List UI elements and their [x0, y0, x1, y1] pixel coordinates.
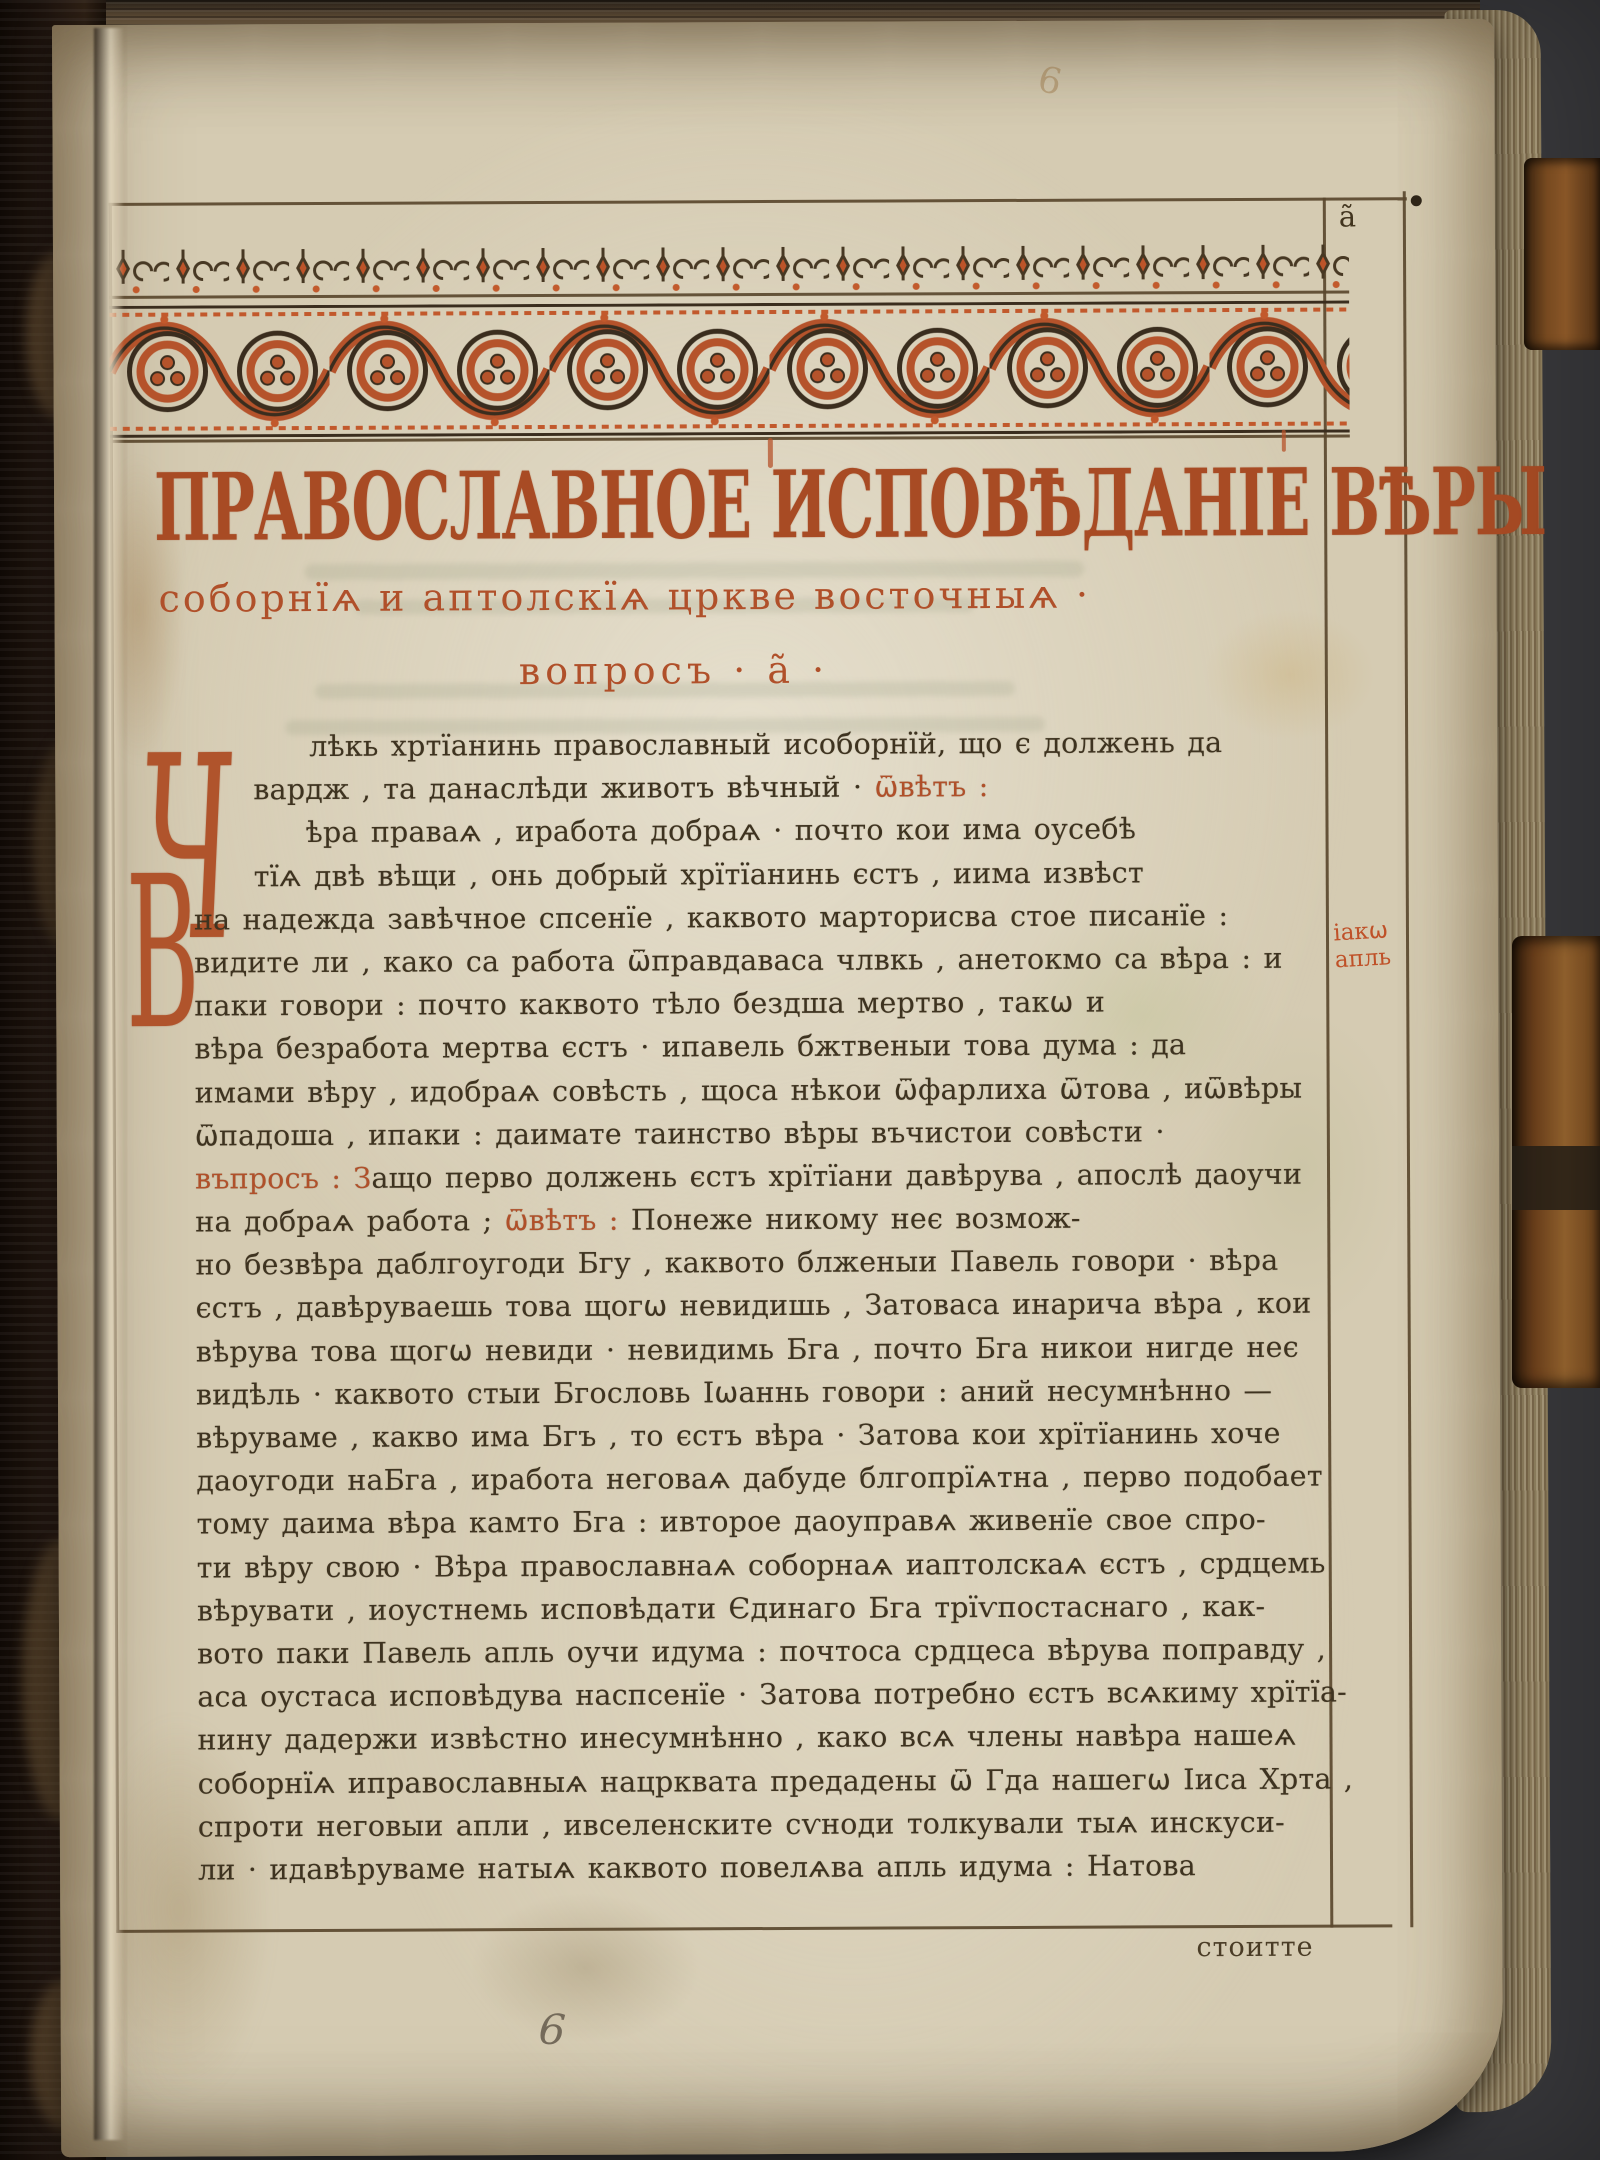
body-line: спроти неговыи апли , ивселенските сѵнод… [198, 1805, 1338, 1853]
body-line: въпросъ : Защо перво должень єстъ хрїтїа… [195, 1157, 1335, 1205]
manuscript-photo: ПРАВОСЛАВНОЕ ИСПОВѢДАНІЕ ВѢРЫ соборнїѧ и… [0, 0, 1600, 2160]
body-text-segment: лѣкь хртїанинь православный исоборнїй, щ… [309, 726, 1222, 763]
body-text-segment: паки говори : почто каквото тѣло бездша … [194, 986, 1105, 1023]
body-text-segment: вото паки Павель апль оучи идума : почто… [197, 1633, 1326, 1671]
title-vyaz: ПРАВОСЛАВНОЕ ИСПОВѢДАНІЕ ВѢРЫ [154, 449, 1364, 563]
body-text-segment: соборнїѧ иправославныѧ нацрквата предаде… [198, 1762, 1354, 1800]
body-line: аса оустаса исповѣдува наспсенїе · Затов… [197, 1676, 1337, 1724]
rubric-text: въпросъ : [195, 1162, 354, 1196]
body-line: на надежда завѣчное спсенїе , каквото ма… [194, 898, 1334, 946]
body-line: видѣль · каквото стыи Бгословь Іѡаннь го… [196, 1373, 1336, 1421]
body-text-segment: нину дадержи извѣстно инесумнѣнно , како… [197, 1719, 1296, 1757]
body-text-segment: видите ли , како са работа ѿправдаваса ч… [194, 942, 1283, 980]
rubric-text: З [353, 1162, 371, 1195]
body-line: ти вѣру свою · Вѣра православнаѧ соборна… [197, 1546, 1337, 1594]
rubric-text: ѿвѣтъ : [874, 770, 988, 803]
body-text-segment: тому даима вѣра камто Бга : ивторое даоу… [196, 1503, 1265, 1541]
ink-dot [1411, 195, 1422, 206]
leather-strap-top [1524, 158, 1600, 350]
body-text-segment: вардж , та данаслѣди животъ вѣчный · [253, 771, 874, 807]
body-text-segment: на надежда завѣчное спсенїе , каквото ма… [194, 899, 1228, 937]
body-line: ѿпадоша , ипаки : даимате таинство вѣры … [195, 1114, 1335, 1162]
body-text-segment: єстъ , давѣруваешь това щогѡ невидишь , … [196, 1287, 1312, 1325]
manuscript-page: ПРАВОСЛАВНОЕ ИСПОВѢДАНІЕ ВѢРЫ соборнїѧ и… [52, 19, 1503, 2157]
margin-note: іакѡ апль [1333, 914, 1446, 974]
body-line: вѣрувати , иоустнемь исповѣдати Єдинаго … [197, 1589, 1337, 1637]
body-text-segment: вѣрувати , иоустнемь исповѣдати Єдинаго … [197, 1590, 1266, 1628]
body-line: но безвѣра даблгоугоди Бгу , каквото блж… [195, 1244, 1335, 1292]
body-line: вѣра безработа мертва єстъ · ипавель бжт… [194, 1028, 1334, 1076]
page-gutter-curve [94, 28, 124, 2140]
body-text-segment: ли · идавѣруваме натыѧ каквото повелѧва … [198, 1849, 1196, 1886]
body-line: соборнїѧ иправославныѧ нацрквата предаде… [198, 1762, 1338, 1810]
body-line: вѣруваме , какво има Бгъ , то єстъ вѣра … [196, 1417, 1336, 1465]
body-text-segment: ѣра праваѧ , иработа добраѧ · почто кои … [305, 813, 1136, 850]
body-text-segment: вѣруваме , какво има Бгъ , то єстъ вѣра … [196, 1417, 1281, 1455]
body-line: лѣкь хртїанинь православный исоборнїй, щ… [193, 726, 1333, 774]
body-text-segment: имами вѣру , идобраѧ совѣсть , щоса нѣко… [195, 1071, 1303, 1109]
body-text-segment: ѿпадоша , ипаки : даимате таинство вѣры … [195, 1115, 1165, 1152]
fleur-frieze-ornament [109, 240, 1349, 295]
body-line: вѣрува това щогѡ невиди · невидимь Бга ,… [196, 1330, 1336, 1378]
body-line: вото паки Павель апль оучи идума : почто… [197, 1632, 1337, 1680]
title-subtitle: соборнїѧ и аптолскїѧ цркве восточныѧ · [158, 573, 1091, 621]
body-text-segment: вѣрува това щогѡ невиди · невидимь Бга ,… [196, 1330, 1299, 1368]
decorated-initial-v: В [126, 831, 201, 1077]
body-text-segment: даоугоди наБга , иработа неговаѧ дабуде … [196, 1460, 1323, 1498]
body-line: нину дадержи извѣстно инесумнѣнно , како… [197, 1719, 1337, 1767]
body-line: на добраѧ работа ; ѿвѣтъ : Понеже никому… [195, 1201, 1335, 1249]
body-line: видите ли , како са работа ѿправдаваса ч… [194, 941, 1334, 989]
body-line: даоугоди наБга , иработа неговаѧ дабуде … [196, 1460, 1336, 1508]
body-line: єстъ , давѣруваешь това щогѡ невидишь , … [196, 1287, 1336, 1335]
body-text-segment: тїѧ двѣ вѣщи , онь добрый хрїтїанинь єст… [254, 856, 1144, 893]
rubric-text: ѿвѣтъ : [505, 1204, 619, 1237]
body-text-segment: Понеже никому неє возмож- [619, 1202, 1081, 1237]
body-text-segment: вѣра безработа мертва єстъ · ипавель бжт… [194, 1029, 1186, 1066]
body-text-segment: на добраѧ работа ; [195, 1204, 505, 1238]
body-line: паки говори : почто каквото тѣло бездша … [194, 985, 1334, 1033]
body-line: ли · идавѣруваме натыѧ каквото повелѧва … [198, 1848, 1338, 1896]
folio-number: а̃ [1339, 199, 1356, 233]
leather-strap-gap [1512, 1146, 1600, 1210]
scroll-headpiece-ornament [109, 300, 1350, 437]
catchword: стоитте [1196, 1932, 1313, 1964]
pencil-page-number-bottom: 6 [537, 2004, 567, 2055]
ink-drip [1282, 430, 1286, 452]
body-text-segment: но безвѣра даблгоугоди Бгу , каквото блж… [195, 1244, 1278, 1282]
body-text-segment: видѣль · каквото стыи Бгословь Іѡаннь го… [196, 1374, 1272, 1412]
question-heading: вопросъ · а̃ · [519, 648, 830, 693]
paper-stain [470, 1892, 701, 2043]
body-text-segment: ащо перво должень єстъ хрїтїани давѣрува… [371, 1158, 1302, 1195]
body-text-segment: аса оустаса исповѣдува наспсенїе · Затов… [197, 1676, 1347, 1714]
body-text-segment: ти вѣру свою · Вѣра православнаѧ соборна… [197, 1546, 1326, 1584]
body-line: имами вѣру , идобраѧ совѣсть , щоса нѣко… [195, 1071, 1335, 1119]
paper-stain [1205, 609, 1376, 740]
body-line: вардж , та данаслѣди животъ вѣчный · ѿвѣ… [193, 769, 1333, 817]
body-text-segment: спроти неговыи апли , ивселенските сѵнод… [198, 1805, 1285, 1843]
body-line: тому даима вѣра камто Бга : ивторое даоу… [196, 1503, 1336, 1551]
body-line: ѣра праваѧ , иработа добраѧ · почто кои … [193, 812, 1333, 860]
body-line: тїѧ двѣ вѣщи , онь добрый хрїтїанинь єст… [194, 855, 1334, 903]
body-text: лѣкь хртїанинь православный исоборнїй, щ… [193, 726, 1338, 1897]
